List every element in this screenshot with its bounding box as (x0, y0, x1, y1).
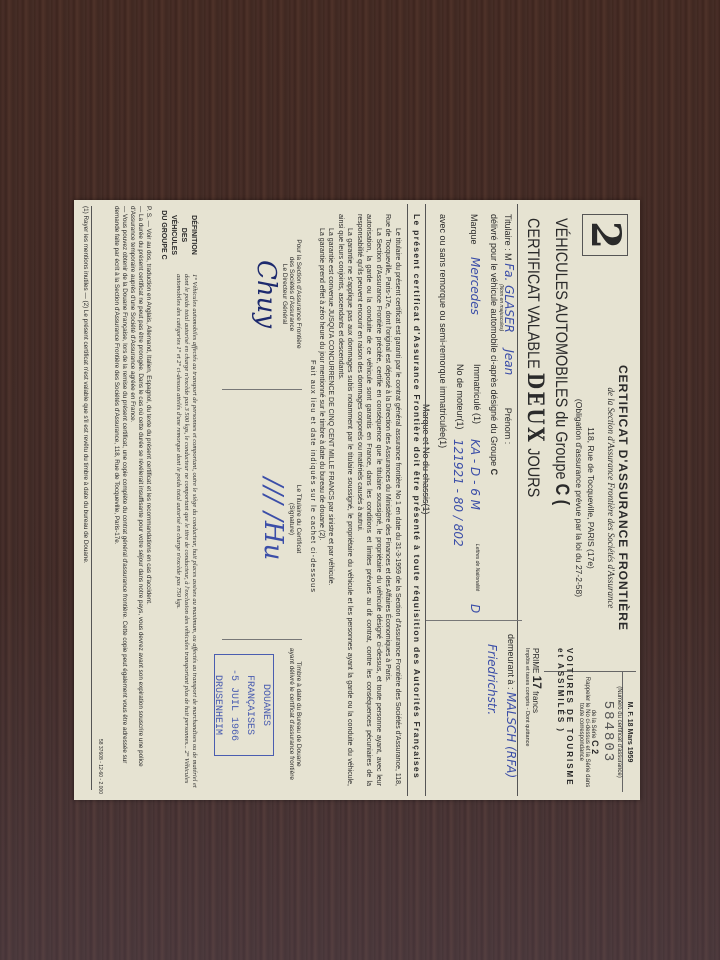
holder-signature: /// /Hu (258, 404, 288, 634)
validity-text: CERTIFICAT VALABLE (524, 218, 543, 369)
validity-heading: CERTIFICAT VALABLE DEUX JOURS (522, 218, 548, 497)
name-hint: (Nom en majuscules) (498, 284, 504, 331)
certificate-header: 2 CERTIFICAT D'ASSURANCE FRONTIÈRE de la… (516, 208, 636, 792)
series-value: C 2 (590, 740, 600, 754)
signature-caption: ayant délivré le certificat d'assurance … (288, 644, 295, 784)
engine-row: No de moteur(1) 121921 - 80 / 802 (448, 214, 465, 784)
series-note: Rappeler le No ci-dessus et la Série dan… (578, 672, 590, 792)
postscript-line: — Vous pouvez obtenir de la Douane Franç… (112, 206, 128, 790)
vehicle-category: VOITURES DE TOURISME et ASSIMILÉS ) (556, 648, 574, 792)
engine-label: No de moteur(1) (455, 364, 465, 430)
certificate-title: CERTIFICAT D'ASSURANCE FRONTIÈRE (616, 328, 630, 668)
certificate-subtitle: de la Section d'Assurance Frontière des … (606, 328, 616, 668)
residence-street: Friedrichstr. (485, 644, 499, 715)
nationality-value: D (468, 604, 482, 613)
make-value: Mercedes (468, 257, 482, 315)
holder-firstname: Jean (502, 349, 516, 375)
postscript-line: — La durée du présent certificat ne peut… (128, 206, 144, 790)
legal-obligation: (Obligation d'assurance prévue par la lo… (574, 328, 584, 668)
divider (222, 639, 302, 640)
firstname-label: Prénom : (503, 408, 513, 445)
validity-unit: JOURS (524, 448, 543, 497)
stamp-authority: DOUANES FRANÇAISES (241, 655, 273, 755)
vehicle-heading-text: VÉHICULES AUTOMOBILES du Groupe (552, 218, 571, 480)
registration-value: KA - D - 6 M (468, 439, 482, 510)
stamp-date: -5 JUIL 1966 (225, 655, 241, 755)
certificate-serial: 584803 (600, 672, 616, 792)
presentation-notice: Le présent certificat d'Assurance Fronti… (412, 214, 422, 779)
form-reference: M. F. 18 Mars 1959 (622, 672, 636, 792)
holder-signature-block: Le Titulaire du Certificat (Signature) /… (258, 404, 302, 634)
signature-section: Pour la Section d'Assurance Frontière de… (202, 214, 302, 786)
premium-unit: francs (531, 691, 540, 713)
guarantee-paragraph: La garantie ne s'applique pas aux dommag… (336, 214, 355, 786)
number-label: (Numéro du certificat d'assurance) (616, 672, 622, 792)
issued-for-text: délivré pour le véhicule automobile ci-a… (489, 214, 499, 466)
holder-vehicle-fields: Titulaire : M Fa. GLASER Jean Prénom : d… (414, 214, 516, 784)
divider (222, 389, 302, 390)
definition-label: DÉFINITION DES VÉHICULES DU GROUPE C (158, 210, 198, 260)
premium-note: Impôts et taxes compris - Dont quittance (524, 648, 530, 746)
issued-row: délivré pour le véhicule automobile ci-a… (482, 214, 499, 784)
postscript: P. S. — Voir au dos, traduction en Angla… (112, 206, 152, 790)
engine-value: 121921 - 80 / 802 (451, 439, 465, 547)
premium: PRIME 17 francsImpôts et taxes compris -… (524, 648, 544, 746)
customs-stamp-block: Timbre à date du Bureau de Douane ayant … (288, 644, 302, 784)
premium-label: PRIME (531, 648, 540, 673)
make-row: Marque Mercedes Immatriculé (1) KA - D -… (465, 214, 482, 784)
place-date-note: Fait aux lieu et date indiqués sur le ca… (309, 360, 318, 593)
field-divider (426, 620, 522, 621)
issuer-address: 118, Rue de Tocqueville, PARIS (17e) (586, 328, 596, 668)
signature-caption: Le Titulaire du Certificat (295, 404, 302, 634)
guarantee-paragraph: La Section d'Assurance Frontière précité… (355, 214, 384, 786)
series-line: de la Série C 2 (590, 672, 600, 792)
guarantee-paragraph: La garantie est convenue JUSQU'A CONCURR… (326, 214, 336, 786)
divider (425, 204, 426, 796)
signature-caption: Pour la Section d'Assurance Frontière (295, 214, 302, 374)
signature-caption: Le Directeur Général (281, 214, 288, 374)
vehicle-group-heading: VÉHICULES AUTOMOBILES du Groupe C ( (550, 218, 572, 505)
print-code: 58 37608 - 12-60 - 2.000 (97, 739, 103, 794)
definition-text: 1° Véhicules automobiles affectés au tra… (174, 274, 198, 789)
signature-caption: (Signature) (288, 404, 295, 634)
chassis-label: Marque et No du chassis(1) (421, 404, 431, 515)
group-letter: C ( (551, 484, 572, 506)
premium-value: 17 (530, 676, 544, 689)
trailer-label: avec ou sans remorque ou semi-remorque i… (438, 214, 448, 448)
registration-label: Immatriculé (1) (472, 364, 482, 424)
holder-name: Fa. GLASER (502, 263, 516, 333)
series-prefix: de la Série (590, 710, 596, 739)
residence-value: MALSCH (RFA) (504, 692, 518, 778)
guarantee-text: Le titulaire du présent certificat est g… (317, 214, 403, 786)
director-signature: Chuy (251, 214, 281, 374)
customs-date-stamp: DOUANES FRANÇAISES -5 JUIL 1966 DRUSENHE… (214, 654, 274, 756)
postscript-line: P. S. — Voir au dos, traduction en Angla… (144, 206, 152, 790)
guarantee-paragraph: Le titulaire du présent certificat est g… (383, 214, 402, 786)
holder-label: Titulaire : M (503, 214, 513, 261)
divider (407, 204, 408, 796)
validity-days: DEUX (522, 373, 548, 444)
issued-group: C (489, 469, 499, 476)
insurance-certificate: 2 CERTIFICAT D'ASSURANCE FRONTIÈRE de la… (74, 200, 640, 800)
signature-caption: des Sociétés d'Assurance (288, 214, 295, 374)
certificate-title-block: CERTIFICAT D'ASSURANCE FRONTIÈRE de la S… (574, 328, 630, 668)
director-signature-block: Pour la Section d'Assurance Frontière de… (251, 214, 302, 374)
make-label: Marque (469, 214, 479, 245)
footnote: (1) Rayer les mentions inutiles — (2) Le… (82, 206, 92, 790)
nationality-label: Lettres de Nationalité (474, 544, 480, 591)
stamp-place: DRUSENHEIM (209, 655, 225, 755)
trailer-row: avec ou sans remorque ou semi-remorque i… (431, 214, 448, 784)
certificate-number-badge: 2 (582, 214, 628, 256)
signature-caption: Timbre à date du Bureau de Douane (295, 644, 302, 784)
residence-label: demeurant à : (506, 634, 516, 690)
